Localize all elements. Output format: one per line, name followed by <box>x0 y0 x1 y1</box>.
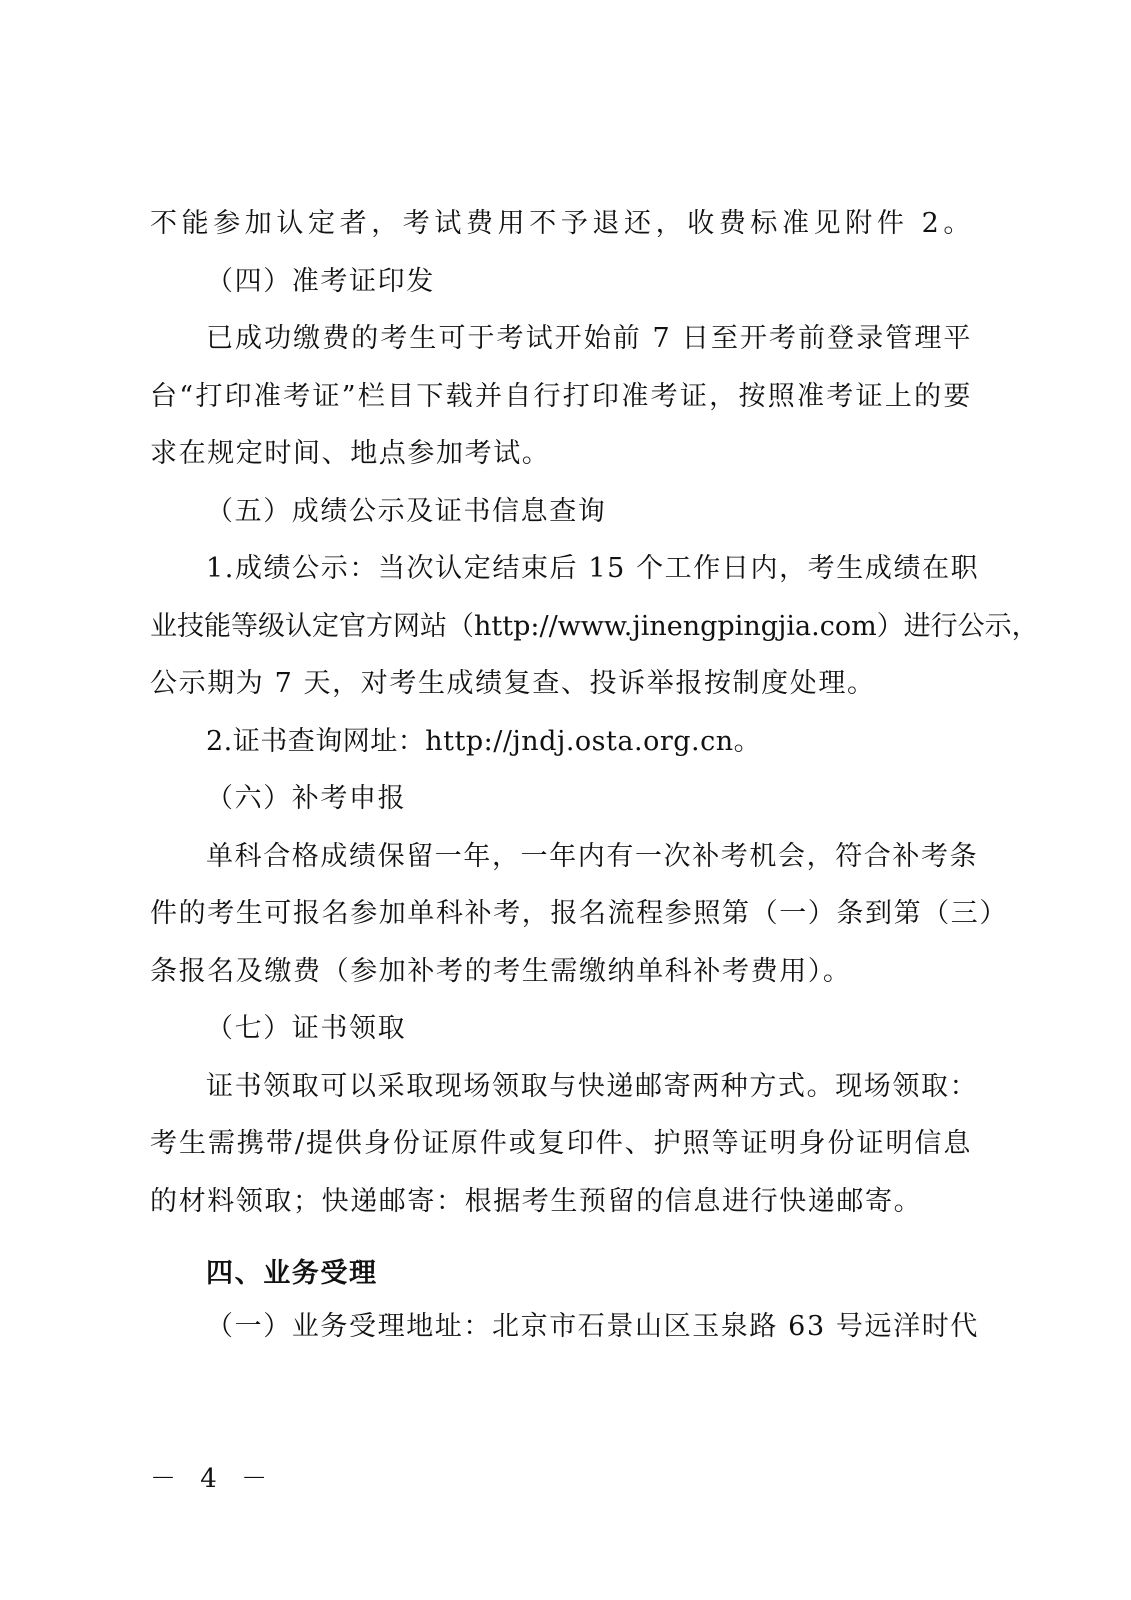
paragraph-line: 不能参加认定者，考试费用不予退还，收费标准见附件 2。 <box>150 207 972 241</box>
section-subheading: （七）证书领取 <box>206 1012 972 1046</box>
paragraph-line-with-link: 业技能等级认定官方网站（http://www.jinengpingjia.com… <box>150 610 972 644</box>
paragraph-line: （一）业务受理地址：北京市石景山区玉泉路 63 号远洋时代 <box>206 1310 972 1344</box>
paragraph-line: 公示期为 7 天，对考生成绩复查、投诉举报按制度处理。 <box>150 667 972 701</box>
paragraph-line: 证书领取可以采取现场领取与快递邮寄两种方式。现场领取： <box>206 1070 972 1104</box>
page-number: － 4 － <box>150 1458 275 1495</box>
section-subheading: （六）补考申报 <box>206 782 972 816</box>
paragraph-line: 条报名及缴费（参加补考的考生需缴纳单科补考费用）。 <box>150 955 972 989</box>
paragraph-line: 件的考生可报名参加单科补考，报名流程参照第（一）条到第（三） <box>150 897 972 931</box>
paragraph-line: 单科合格成绩保留一年，一年内有一次补考机会，符合补考条 <box>206 840 972 874</box>
section-heading: 四、业务受理 <box>206 1257 972 1291</box>
section-subheading: （四）准考证印发 <box>206 265 972 299</box>
section-subheading: （五）成绩公示及证书信息查询 <box>206 495 972 529</box>
paragraph-line: 考生需携带/提供身份证原件或复印件、护照等证明身份证明信息 <box>150 1127 972 1161</box>
paragraph-line: 已成功缴费的考生可于考试开始前 7 日至开考前登录管理平 <box>206 322 972 356</box>
paragraph-line: 1.成绩公示：当次认定结束后 15 个工作日内，考生成绩在职 <box>206 552 972 586</box>
paragraph-line: 求在规定时间、地点参加考试。 <box>150 437 972 471</box>
paragraph-line: 台“打印准考证”栏目下载并自行打印准考证，按照准考证上的要 <box>150 380 972 414</box>
certificate-query-url-line: 2.证书查询网址：http://jndj.osta.org.cn。 <box>206 725 972 759</box>
paragraph-line: 的材料领取；快递邮寄：根据考生预留的信息进行快递邮寄。 <box>150 1185 972 1219</box>
